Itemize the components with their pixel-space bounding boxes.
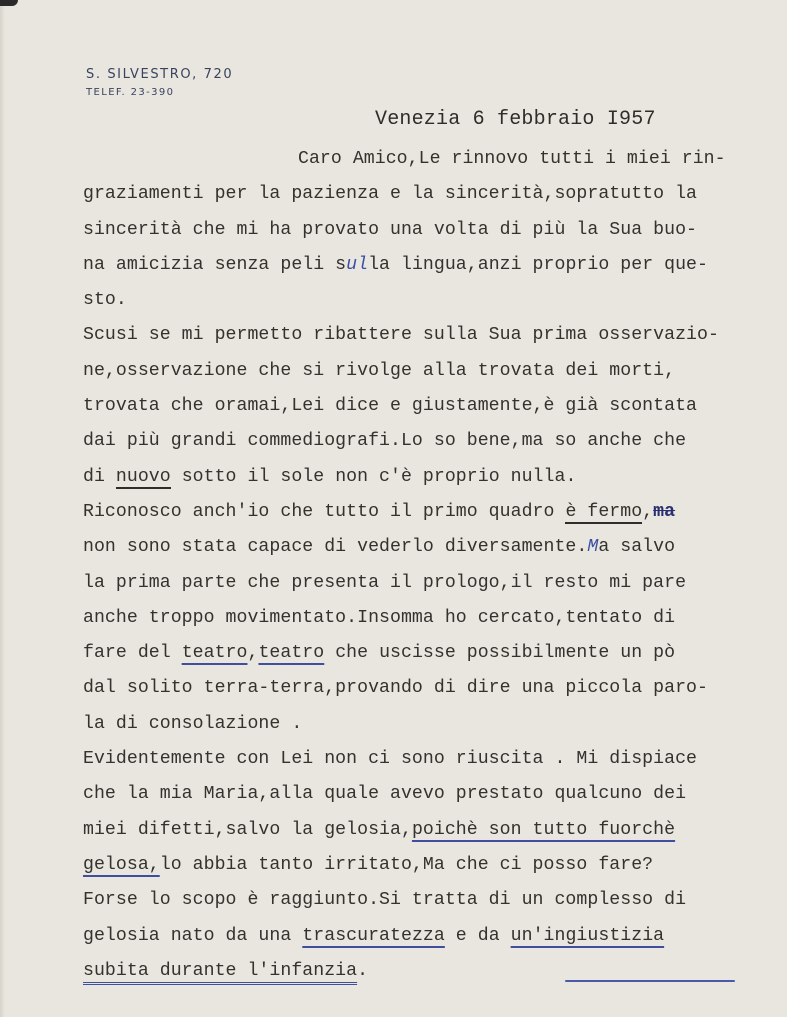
handwritten-correction: ul bbox=[346, 255, 368, 275]
letter-line: Forse lo scopo è raggiunto.Si tratta di … bbox=[83, 883, 787, 918]
page-edge bbox=[0, 0, 5, 1017]
letter-line: Riconosco anch'io che tutto il primo qua… bbox=[83, 495, 787, 530]
line-text: , bbox=[642, 502, 653, 522]
pen-underline: teatro bbox=[182, 643, 248, 663]
line-text: miei difetti,salvo la gelosia, bbox=[83, 820, 412, 840]
line-text: sincerità che mi ha provato una volta di… bbox=[83, 220, 697, 240]
letter-line: miei difetti,salvo la gelosia,poichè son… bbox=[83, 813, 787, 848]
letter-line: Evidentemente con Lei non ci sono riusci… bbox=[83, 742, 787, 777]
letter-line: subita durante l'infanzia. bbox=[83, 954, 787, 989]
line-text: dai più grandi commediografi.Lo so bene,… bbox=[83, 431, 686, 451]
typed-underline: è fermo bbox=[565, 502, 642, 524]
line-text: ne,osservazione che si rivolge alla trov… bbox=[83, 361, 675, 381]
letter-line: Scusi se mi permetto ribattere sulla Sua… bbox=[83, 318, 787, 353]
pen-underline: teatro bbox=[258, 643, 324, 663]
line-text: sto. bbox=[83, 290, 127, 310]
handwritten-correction: M bbox=[587, 537, 598, 557]
letter-line: gelosia nato da una trascuratezza e da u… bbox=[83, 919, 787, 954]
line-text: sotto il sole non c'è proprio nulla. bbox=[171, 467, 577, 487]
line-text: dal solito terra-terra,provando di dire … bbox=[83, 678, 708, 698]
letter-line: sincerità che mi ha provato una volta di… bbox=[83, 213, 787, 248]
letter-line: la di consolazione . bbox=[83, 707, 787, 742]
line-text: , bbox=[247, 643, 258, 663]
line-text: na amicizia senza peli s bbox=[83, 255, 346, 275]
line-text: Riconosco anch'io che tutto il primo qua… bbox=[83, 502, 565, 522]
struck-out-word: ma bbox=[653, 502, 675, 522]
line-text: e da bbox=[445, 926, 511, 946]
letter-line: sto. bbox=[83, 283, 787, 318]
letter-line: ne,osservazione che si rivolge alla trov… bbox=[83, 354, 787, 389]
letter-line: che la mia Maria,alla quale avevo presta… bbox=[83, 777, 787, 812]
letterhead: S. SILVESTRO, 720 TELEF. 23-390 bbox=[86, 67, 233, 100]
letter-line: na amicizia senza peli sulla lingua,anzi… bbox=[83, 248, 787, 283]
pen-underline: poichè son tutto fuorchè bbox=[412, 820, 675, 840]
letter-line: fare del teatro,teatro che uscisse possi… bbox=[83, 636, 787, 671]
letterhead-address: S. SILVESTRO, 720 bbox=[86, 67, 233, 83]
line-text: la di consolazione . bbox=[83, 714, 302, 734]
line-text: Caro Amico,Le rinnovo tutti i miei rin- bbox=[298, 149, 726, 169]
line-text: anche troppo movimentato.Insomma ho cerc… bbox=[83, 608, 675, 628]
letter-line: anche troppo movimentato.Insomma ho cerc… bbox=[83, 601, 787, 636]
pen-stroke bbox=[565, 980, 735, 982]
pen-underline: trascuratezza bbox=[302, 926, 445, 946]
letter-line: dai più grandi commediografi.Lo so bene,… bbox=[83, 424, 787, 459]
line-text: fare del bbox=[83, 643, 182, 663]
line-text: la prima parte che presenta il prologo,i… bbox=[83, 573, 686, 593]
line-text: Forse lo scopo è raggiunto.Si tratta di … bbox=[83, 890, 686, 910]
line-text: Scusi se mi permetto ribattere sulla Sua… bbox=[83, 325, 719, 345]
page-corner-shadow bbox=[0, 0, 18, 6]
line-text: che uscisse possibilmente un pò bbox=[324, 643, 675, 663]
line-text: di bbox=[83, 467, 116, 487]
line-text: trovata che oramai,Lei dice e giustament… bbox=[83, 396, 697, 416]
letter-line: Caro Amico,Le rinnovo tutti i miei rin- bbox=[83, 142, 787, 177]
line-text: la lingua,anzi proprio per que- bbox=[368, 255, 708, 275]
letter-line: trovata che oramai,Lei dice e giustament… bbox=[83, 389, 787, 424]
line-text: graziamenti per la pazienza e la sinceri… bbox=[83, 184, 697, 204]
line-text: . bbox=[357, 961, 368, 981]
pen-underline: un'ingiustizia bbox=[511, 926, 665, 946]
line-text: a salvo bbox=[598, 537, 675, 557]
line-text: gelosia nato da una bbox=[83, 926, 302, 946]
line-text: lo abbia tanto irritato,Ma che ci posso … bbox=[160, 855, 653, 875]
letter-line: non sono stata capace di vederlo diversa… bbox=[83, 530, 787, 565]
line-text: Evidentemente con Lei non ci sono riusci… bbox=[83, 749, 697, 769]
letter-body: Caro Amico,Le rinnovo tutti i miei rin-g… bbox=[83, 142, 787, 989]
line-text: che la mia Maria,alla quale avevo presta… bbox=[83, 784, 686, 804]
letter-line: graziamenti per la pazienza e la sinceri… bbox=[83, 177, 787, 212]
letter-line: la prima parte che presenta il prologo,i… bbox=[83, 566, 787, 601]
pen-underline: gelosa, bbox=[83, 855, 160, 875]
letter-line: gelosa,lo abbia tanto irritato,Ma che ci… bbox=[83, 848, 787, 883]
letter-line: di nuovo sotto il sole non c'è proprio n… bbox=[83, 460, 787, 495]
letter-line: dal solito terra-terra,provando di dire … bbox=[83, 671, 787, 706]
letterhead-phone: TELEF. 23-390 bbox=[86, 86, 233, 100]
letter-date: Venezia 6 febbraio I957 bbox=[375, 108, 656, 131]
typed-underline: nuovo bbox=[116, 467, 171, 489]
pen-double-underline: subita durante l'infanzia bbox=[83, 961, 357, 981]
line-text: non sono stata capace di vederlo diversa… bbox=[83, 537, 587, 557]
